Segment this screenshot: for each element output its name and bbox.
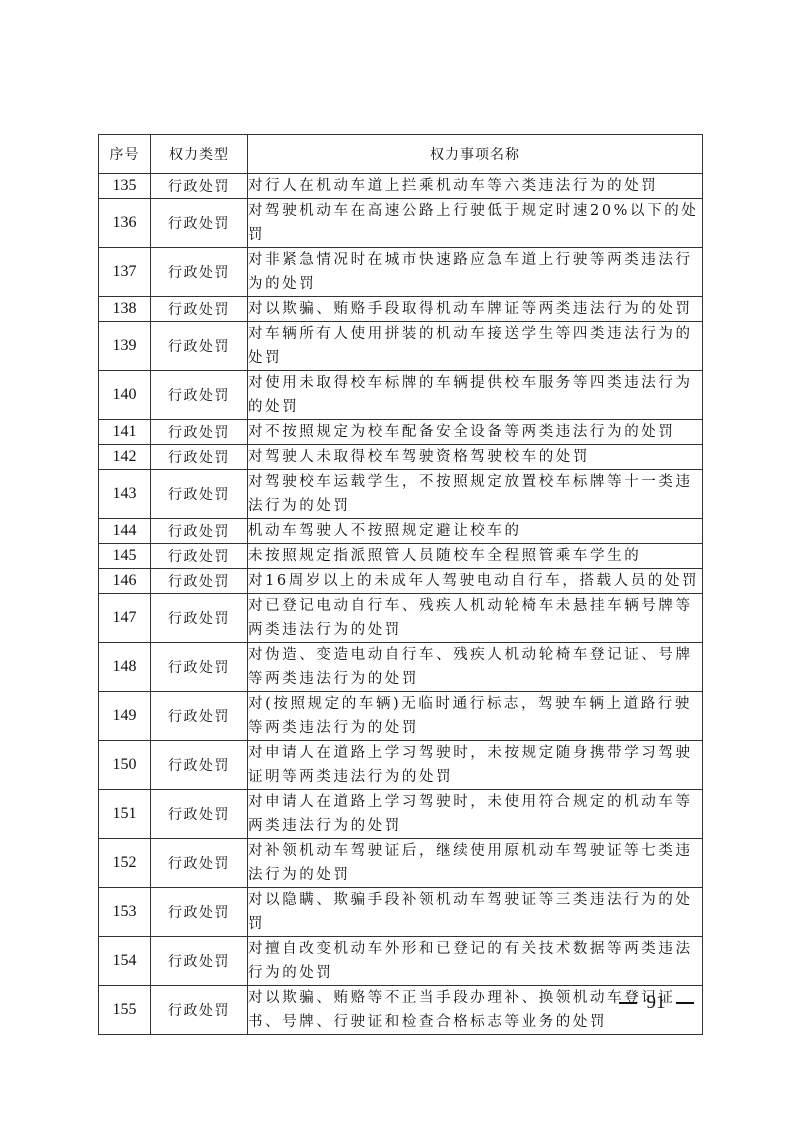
- table-row: 143行政处罚对驾驶校车运载学生，不按照规定放置校车标牌等十一类违法行为的处罚: [99, 470, 703, 519]
- cell-serial-number: 139: [99, 322, 151, 371]
- cell-serial-number: 152: [99, 839, 151, 888]
- cell-power-type: 行政处罚: [151, 937, 248, 986]
- document-page: 序号 权力类型 权力事项名称 135行政处罚对行人在机动车道上拦乘机动车等六类违…: [0, 0, 793, 1122]
- table-row: 150行政处罚对申请人在道路上学习驾驶时，未按规定随身携带学习驾驶证明等两类违法…: [99, 741, 703, 790]
- cell-serial-number: 153: [99, 888, 151, 937]
- cell-power-type: 行政处罚: [151, 839, 248, 888]
- cell-power-type: 行政处罚: [151, 692, 248, 741]
- table-row: 136行政处罚对驾驶机动车在高速公路上行驶低于规定时速20%以下的处罚: [99, 199, 703, 248]
- cell-power-item-name: 对车辆所有人使用拼装的机动车接送学生等四类违法行为的处罚: [248, 322, 703, 371]
- power-items-table: 序号 权力类型 权力事项名称 135行政处罚对行人在机动车道上拦乘机动车等六类违…: [98, 134, 703, 1035]
- cell-power-type: 行政处罚: [151, 248, 248, 297]
- table-row: 151行政处罚对申请人在道路上学习驾驶时，未使用符合规定的机动车等两类违法行为的…: [99, 790, 703, 839]
- header-serial-number: 序号: [99, 135, 151, 174]
- cell-power-type: 行政处罚: [151, 371, 248, 420]
- cell-power-type: 行政处罚: [151, 470, 248, 519]
- table-row: 135行政处罚对行人在机动车道上拦乘机动车等六类违法行为的处罚: [99, 174, 703, 199]
- cell-power-item-name: 对以欺骗、贿赂手段取得机动车牌证等两类违法行为的处罚: [248, 297, 703, 322]
- cell-power-type: 行政处罚: [151, 445, 248, 470]
- table-body: 135行政处罚对行人在机动车道上拦乘机动车等六类违法行为的处罚136行政处罚对驾…: [99, 174, 703, 1035]
- cell-serial-number: 143: [99, 470, 151, 519]
- cell-serial-number: 137: [99, 248, 151, 297]
- cell-power-item-name: 对伪造、变造电动自行车、残疾人机动轮椅车登记证、号牌等两类违法行为的处罚: [248, 643, 703, 692]
- cell-serial-number: 151: [99, 790, 151, 839]
- table-row: 142行政处罚对驾驶人未取得校车驾驶资格驾驶校车的处罚: [99, 445, 703, 470]
- cell-power-type: 行政处罚: [151, 790, 248, 839]
- page-number: 91: [606, 992, 706, 1014]
- cell-serial-number: 142: [99, 445, 151, 470]
- cell-power-item-name: 对驾驶机动车在高速公路上行驶低于规定时速20%以下的处罚: [248, 199, 703, 248]
- table-header-row: 序号 权力类型 权力事项名称: [99, 135, 703, 174]
- cell-power-type: 行政处罚: [151, 322, 248, 371]
- table-row: 140行政处罚对使用未取得校车标牌的车辆提供校车服务等四类违法行为的处罚: [99, 371, 703, 420]
- table-row: 147行政处罚对已登记电动自行车、残疾人机动轮椅车未悬挂车辆号牌等两类违法行为的…: [99, 594, 703, 643]
- cell-power-item-name: 对擅自改变机动车外形和已登记的有关技术数据等两类违法行为的处罚: [248, 937, 703, 986]
- cell-serial-number: 140: [99, 371, 151, 420]
- table-row: 144行政处罚机动车驾驶人不按照规定避让校车的: [99, 519, 703, 544]
- cell-power-item-name: 对行人在机动车道上拦乘机动车等六类违法行为的处罚: [248, 174, 703, 199]
- cell-power-item-name: 对申请人在道路上学习驾驶时，未使用符合规定的机动车等两类违法行为的处罚: [248, 790, 703, 839]
- cell-serial-number: 150: [99, 741, 151, 790]
- table-row: 152行政处罚对补领机动车驾驶证后，继续使用原机动车驾驶证等七类违法行为的处罚: [99, 839, 703, 888]
- cell-power-item-name: 对16周岁以上的未成年人驾驶电动自行车，搭载人员的处罚: [248, 569, 703, 594]
- cell-power-item-name: 机动车驾驶人不按照规定避让校车的: [248, 519, 703, 544]
- cell-power-item-name: 对非紧急情况时在城市快速路应急车道上行驶等两类违法行为的处罚: [248, 248, 703, 297]
- cell-power-type: 行政处罚: [151, 199, 248, 248]
- table-row: 139行政处罚对车辆所有人使用拼装的机动车接送学生等四类违法行为的处罚: [99, 322, 703, 371]
- cell-power-type: 行政处罚: [151, 297, 248, 322]
- cell-power-type: 行政处罚: [151, 569, 248, 594]
- table-row: 149行政处罚对(按照规定的车辆)无临时通行标志，驾驶车辆上道路行驶等两类违法行…: [99, 692, 703, 741]
- cell-power-type: 行政处罚: [151, 544, 248, 569]
- cell-serial-number: 149: [99, 692, 151, 741]
- dash-left: [619, 1002, 637, 1004]
- table-row: 146行政处罚对16周岁以上的未成年人驾驶电动自行车，搭载人员的处罚: [99, 569, 703, 594]
- cell-power-type: 行政处罚: [151, 741, 248, 790]
- table-row: 138行政处罚对以欺骗、贿赂手段取得机动车牌证等两类违法行为的处罚: [99, 297, 703, 322]
- cell-serial-number: 155: [99, 986, 151, 1035]
- cell-power-type: 行政处罚: [151, 174, 248, 199]
- header-power-type: 权力类型: [151, 135, 248, 174]
- cell-serial-number: 135: [99, 174, 151, 199]
- cell-serial-number: 141: [99, 420, 151, 445]
- cell-serial-number: 154: [99, 937, 151, 986]
- page-number-value: 91: [647, 992, 666, 1014]
- cell-serial-number: 147: [99, 594, 151, 643]
- table-row: 148行政处罚对伪造、变造电动自行车、残疾人机动轮椅车登记证、号牌等两类违法行为…: [99, 643, 703, 692]
- cell-power-type: 行政处罚: [151, 519, 248, 544]
- cell-power-type: 行政处罚: [151, 643, 248, 692]
- cell-power-type: 行政处罚: [151, 986, 248, 1035]
- cell-power-item-name: 对补领机动车驾驶证后，继续使用原机动车驾驶证等七类违法行为的处罚: [248, 839, 703, 888]
- header-power-item-name: 权力事项名称: [248, 135, 703, 174]
- cell-power-item-name: 对以隐瞒、欺骗手段补领机动车驾驶证等三类违法行为的处罚: [248, 888, 703, 937]
- cell-serial-number: 138: [99, 297, 151, 322]
- cell-power-item-name: 未按照规定指派照管人员随校车全程照管乘车学生的: [248, 544, 703, 569]
- dash-right: [676, 1002, 694, 1004]
- table-row: 153行政处罚对以隐瞒、欺骗手段补领机动车驾驶证等三类违法行为的处罚: [99, 888, 703, 937]
- cell-power-type: 行政处罚: [151, 888, 248, 937]
- table-row: 145行政处罚未按照规定指派照管人员随校车全程照管乘车学生的: [99, 544, 703, 569]
- cell-serial-number: 146: [99, 569, 151, 594]
- table-row: 137行政处罚对非紧急情况时在城市快速路应急车道上行驶等两类违法行为的处罚: [99, 248, 703, 297]
- cell-power-item-name: 对不按照规定为校车配备安全设备等两类违法行为的处罚: [248, 420, 703, 445]
- cell-power-item-name: 对驾驶校车运载学生，不按照规定放置校车标牌等十一类违法行为的处罚: [248, 470, 703, 519]
- table-row: 141行政处罚对不按照规定为校车配备安全设备等两类违法行为的处罚: [99, 420, 703, 445]
- cell-serial-number: 136: [99, 199, 151, 248]
- table-row: 154行政处罚对擅自改变机动车外形和已登记的有关技术数据等两类违法行为的处罚: [99, 937, 703, 986]
- cell-power-type: 行政处罚: [151, 420, 248, 445]
- cell-serial-number: 145: [99, 544, 151, 569]
- cell-power-type: 行政处罚: [151, 594, 248, 643]
- cell-power-item-name: 对已登记电动自行车、残疾人机动轮椅车未悬挂车辆号牌等两类违法行为的处罚: [248, 594, 703, 643]
- cell-serial-number: 144: [99, 519, 151, 544]
- cell-power-item-name: 对(按照规定的车辆)无临时通行标志，驾驶车辆上道路行驶等两类违法行为的处罚: [248, 692, 703, 741]
- cell-power-item-name: 对申请人在道路上学习驾驶时，未按规定随身携带学习驾驶证明等两类违法行为的处罚: [248, 741, 703, 790]
- cell-serial-number: 148: [99, 643, 151, 692]
- cell-power-item-name: 对驾驶人未取得校车驾驶资格驾驶校车的处罚: [248, 445, 703, 470]
- cell-power-item-name: 对使用未取得校车标牌的车辆提供校车服务等四类违法行为的处罚: [248, 371, 703, 420]
